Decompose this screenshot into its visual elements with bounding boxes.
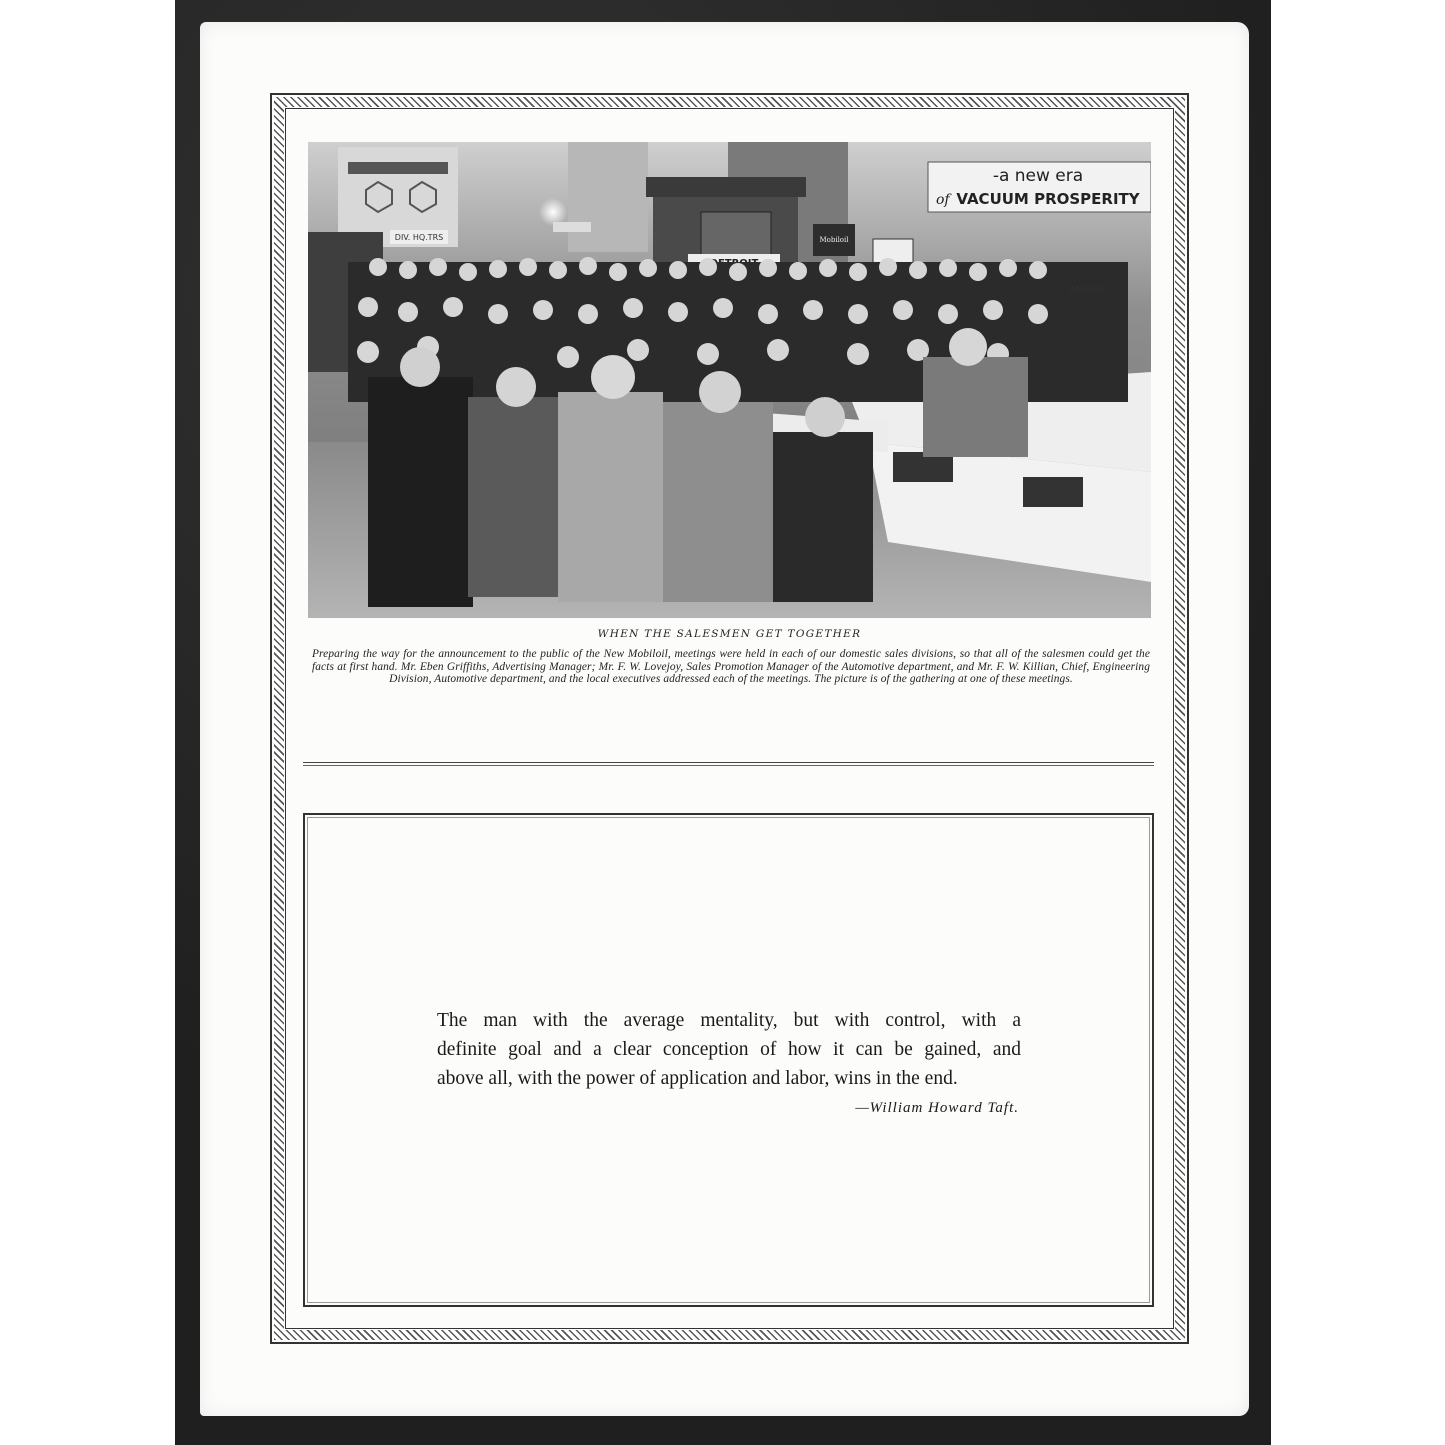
quote-line: above all, with the power of application… — [437, 1064, 1021, 1093]
quote-line: definite goal and a clear conception of … — [437, 1035, 1021, 1064]
svg-text:DIV. HQ.TRS: DIV. HQ.TRS — [395, 233, 443, 242]
quote-author: —William Howard Taft. — [437, 1100, 1019, 1117]
svg-text:Mobiloil: Mobiloil — [819, 236, 849, 244]
svg-text:Mobiloil: Mobiloil — [1070, 285, 1104, 294]
meeting-photograph: DETROIT Mobiloil DIV. HQ.TRS -a new era … — [308, 142, 1151, 618]
photo-caption-title: WHEN THE SALESMEN GET TOGETHER — [308, 628, 1151, 640]
quote-line: The man with the average mentality, but … — [437, 1006, 1021, 1035]
svg-text:VACUUM PROSPERITY: VACUUM PROSPERITY — [956, 190, 1140, 208]
photo-caption-body: Preparing the way for the announcement t… — [312, 648, 1150, 686]
svg-text:-a new era: -a new era — [993, 166, 1083, 186]
section-divider — [303, 762, 1154, 766]
quote-text: The man with the average mentality, but … — [437, 1006, 1021, 1093]
